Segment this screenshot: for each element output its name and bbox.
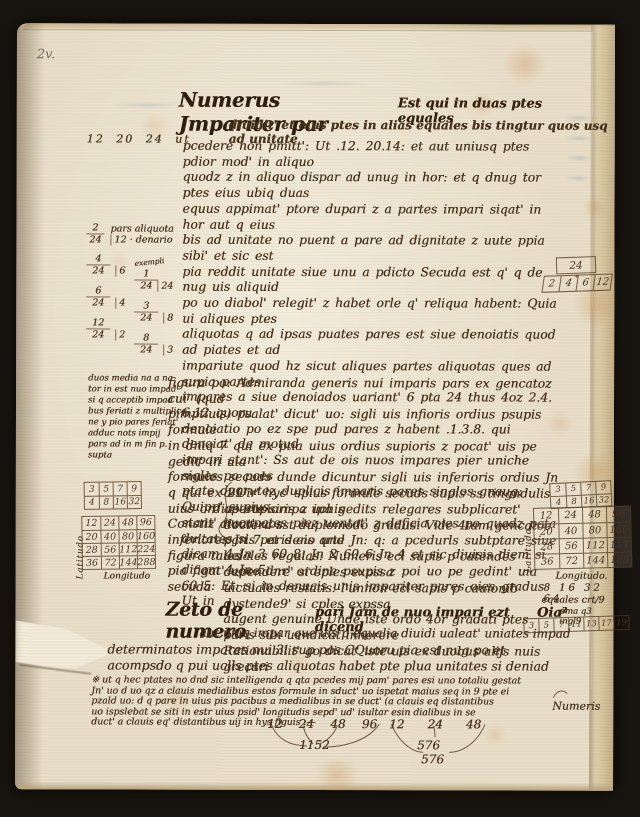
right-divisor-box: 24 24612 (542, 256, 612, 293)
page-top-edge (23, 23, 615, 32)
numeris-note-text: Numeris (552, 700, 600, 713)
show-through-mark (567, 157, 593, 160)
table-cell: 144 (119, 555, 137, 568)
table-cell: 36 (535, 553, 559, 569)
table-cell: 9 (127, 482, 141, 495)
aliquot-cap-num: 2 (86, 222, 104, 234)
table-cell: 40 (558, 523, 582, 539)
aliquot-caption: 2 24 pars aliquota 12 · denario (86, 222, 212, 245)
table-cell: 12 (593, 275, 612, 291)
aliquot-table: 2 24 pars aliquota 12 · denario 4246 624… (86, 222, 212, 364)
table-cell: 72 (559, 553, 583, 569)
fraction-den: 24 (134, 345, 158, 356)
table-cell: 96 (606, 507, 630, 523)
table-cell: 4 (85, 496, 99, 509)
bottom-right-product-1: 576 (417, 738, 440, 752)
manuscript-page: 2v. 12 20 24 ut Numerus Jmpariter par Es… (15, 23, 615, 791)
table-cell: 160 (136, 529, 154, 542)
manuscript-photo: { "colors": { "ink": "#46331d", "paper":… (0, 0, 640, 817)
table-cell: 13 (583, 617, 598, 630)
show-through-mark (565, 177, 593, 180)
foxing-spot (503, 44, 547, 84)
table-cell: 114 (607, 537, 631, 553)
binding-gutter-shadow (15, 23, 45, 789)
table-cell: 32 (127, 495, 141, 508)
foxing-spot (311, 760, 363, 790)
fraction-den: 24 (86, 329, 110, 340)
table-cell: 96 (136, 516, 154, 529)
table-cell: 112 (119, 542, 137, 555)
fraction-den: 24 (134, 313, 158, 324)
aliquot-cap-den: 24 (86, 234, 104, 245)
fraction-result: 3 (163, 345, 173, 356)
divisor-box-row: 24612 (541, 274, 612, 293)
fraction-num: 1 (134, 269, 158, 281)
table-cell: 188 (607, 552, 631, 568)
show-through-mark (113, 103, 183, 106)
table-cell: 5 (565, 483, 581, 496)
table-cell: 9 (595, 481, 611, 494)
table-cell: 80 (118, 529, 136, 542)
margin-note-top: 12 20 24 ut (87, 132, 191, 145)
table-cell: 40 (100, 529, 118, 542)
bottom-left-product: 1152 (299, 738, 330, 752)
table-cell: 144 (583, 552, 607, 568)
table-cell: 24 (558, 508, 582, 524)
table-cell: 48 (118, 516, 136, 529)
numeris-note: Numeris (552, 687, 613, 713)
bottom-right-product-2: 576 (421, 752, 444, 766)
table-cell: 3 (550, 483, 566, 496)
table-cell: 24 (100, 516, 118, 529)
aliquot-column-2: exempli 12424 3248 8243 (134, 258, 164, 365)
table-cell: 160 (606, 522, 630, 538)
right-small-table: 3579481632 (549, 480, 612, 509)
aliquot-note: exempli (134, 256, 165, 268)
table-cell: 112 (583, 537, 607, 553)
right-table-caption: Longitudo. (556, 571, 608, 582)
table-cell: 16 (113, 495, 127, 508)
table-cell: 5 (99, 482, 113, 495)
table-cell: 56 (559, 538, 583, 554)
fraction-den: 24 (134, 281, 158, 292)
table-cell: 17 (598, 616, 613, 629)
table-cell: 16 (581, 494, 597, 507)
aliquot-column-1: 4246 6244 12242 (86, 253, 110, 364)
heading-2-tail: Oia² (537, 606, 567, 621)
table-cell: 288 (137, 555, 155, 568)
fraction-num: 3 (134, 301, 158, 313)
fraction-den: 24 (86, 297, 110, 308)
aliquot-cap-res: 12 (114, 234, 126, 245)
fraction-num: 8 (134, 333, 158, 345)
fraction-num: 4 (86, 253, 110, 265)
table-cell: 20 (534, 523, 558, 539)
table-cell: 80 (582, 522, 606, 538)
divisor-box-top: 24 (556, 256, 597, 274)
left-table-caption: Longitudo (104, 571, 150, 581)
right-big-table: 1224489620408016028561121143672144188 (533, 506, 632, 570)
table-cell: 28 (535, 538, 559, 554)
table-cell: 12 (82, 517, 100, 530)
right-latitudo-label: Latitudo (524, 528, 534, 572)
fraction-den: 24 (86, 265, 110, 276)
heading-2-line2: aut uniq impar que uis p equalia diuidi … (199, 626, 570, 641)
table-cell: 7 (580, 482, 596, 495)
margin-gloss: duos media na a na tor in est nuo impad'… (88, 373, 194, 461)
folio-mark: 2v. (37, 47, 55, 62)
table-cell: 8 (566, 495, 582, 508)
table-cell: 19 (613, 616, 628, 629)
fraction-num: 12 (86, 317, 110, 329)
table-cell: 56 (101, 542, 119, 555)
table-cell: 48 (582, 507, 606, 523)
aliquot-cap-text: pars aliquota (110, 223, 173, 234)
fraction-result: 2 (115, 329, 125, 340)
table-cell: 11 (568, 617, 583, 630)
fraction-num: 6 (86, 285, 110, 297)
left-small-table: 3579481632 (84, 481, 142, 510)
table-cell: 8 (99, 495, 113, 508)
table-cell: 72 (101, 555, 119, 568)
fraction-result: 6 (115, 265, 125, 276)
fraction-result: 4 (115, 297, 125, 308)
pen-flourish (212, 480, 238, 546)
table-cell: 32 (596, 493, 612, 506)
table-cell: 12 (534, 508, 558, 524)
show-through-mark (279, 82, 369, 85)
table-cell: 224 (137, 542, 155, 555)
fraction-result: 8 (163, 313, 173, 324)
left-big-table: 1224489620408016028561122243672144288 (81, 515, 156, 570)
table-cell: 7 (113, 482, 127, 495)
fraction-result: 24 (157, 281, 173, 292)
bracket-flourish (552, 688, 568, 700)
paragraph-3: determinatos impares nui 3i sup pos CQuo… (107, 641, 565, 674)
table-cell: 3 (85, 483, 99, 496)
foxing-spot (582, 197, 606, 219)
left-latitudo-label: Latitudo (76, 535, 86, 579)
aliquot-cap-label: · denario (130, 235, 173, 246)
